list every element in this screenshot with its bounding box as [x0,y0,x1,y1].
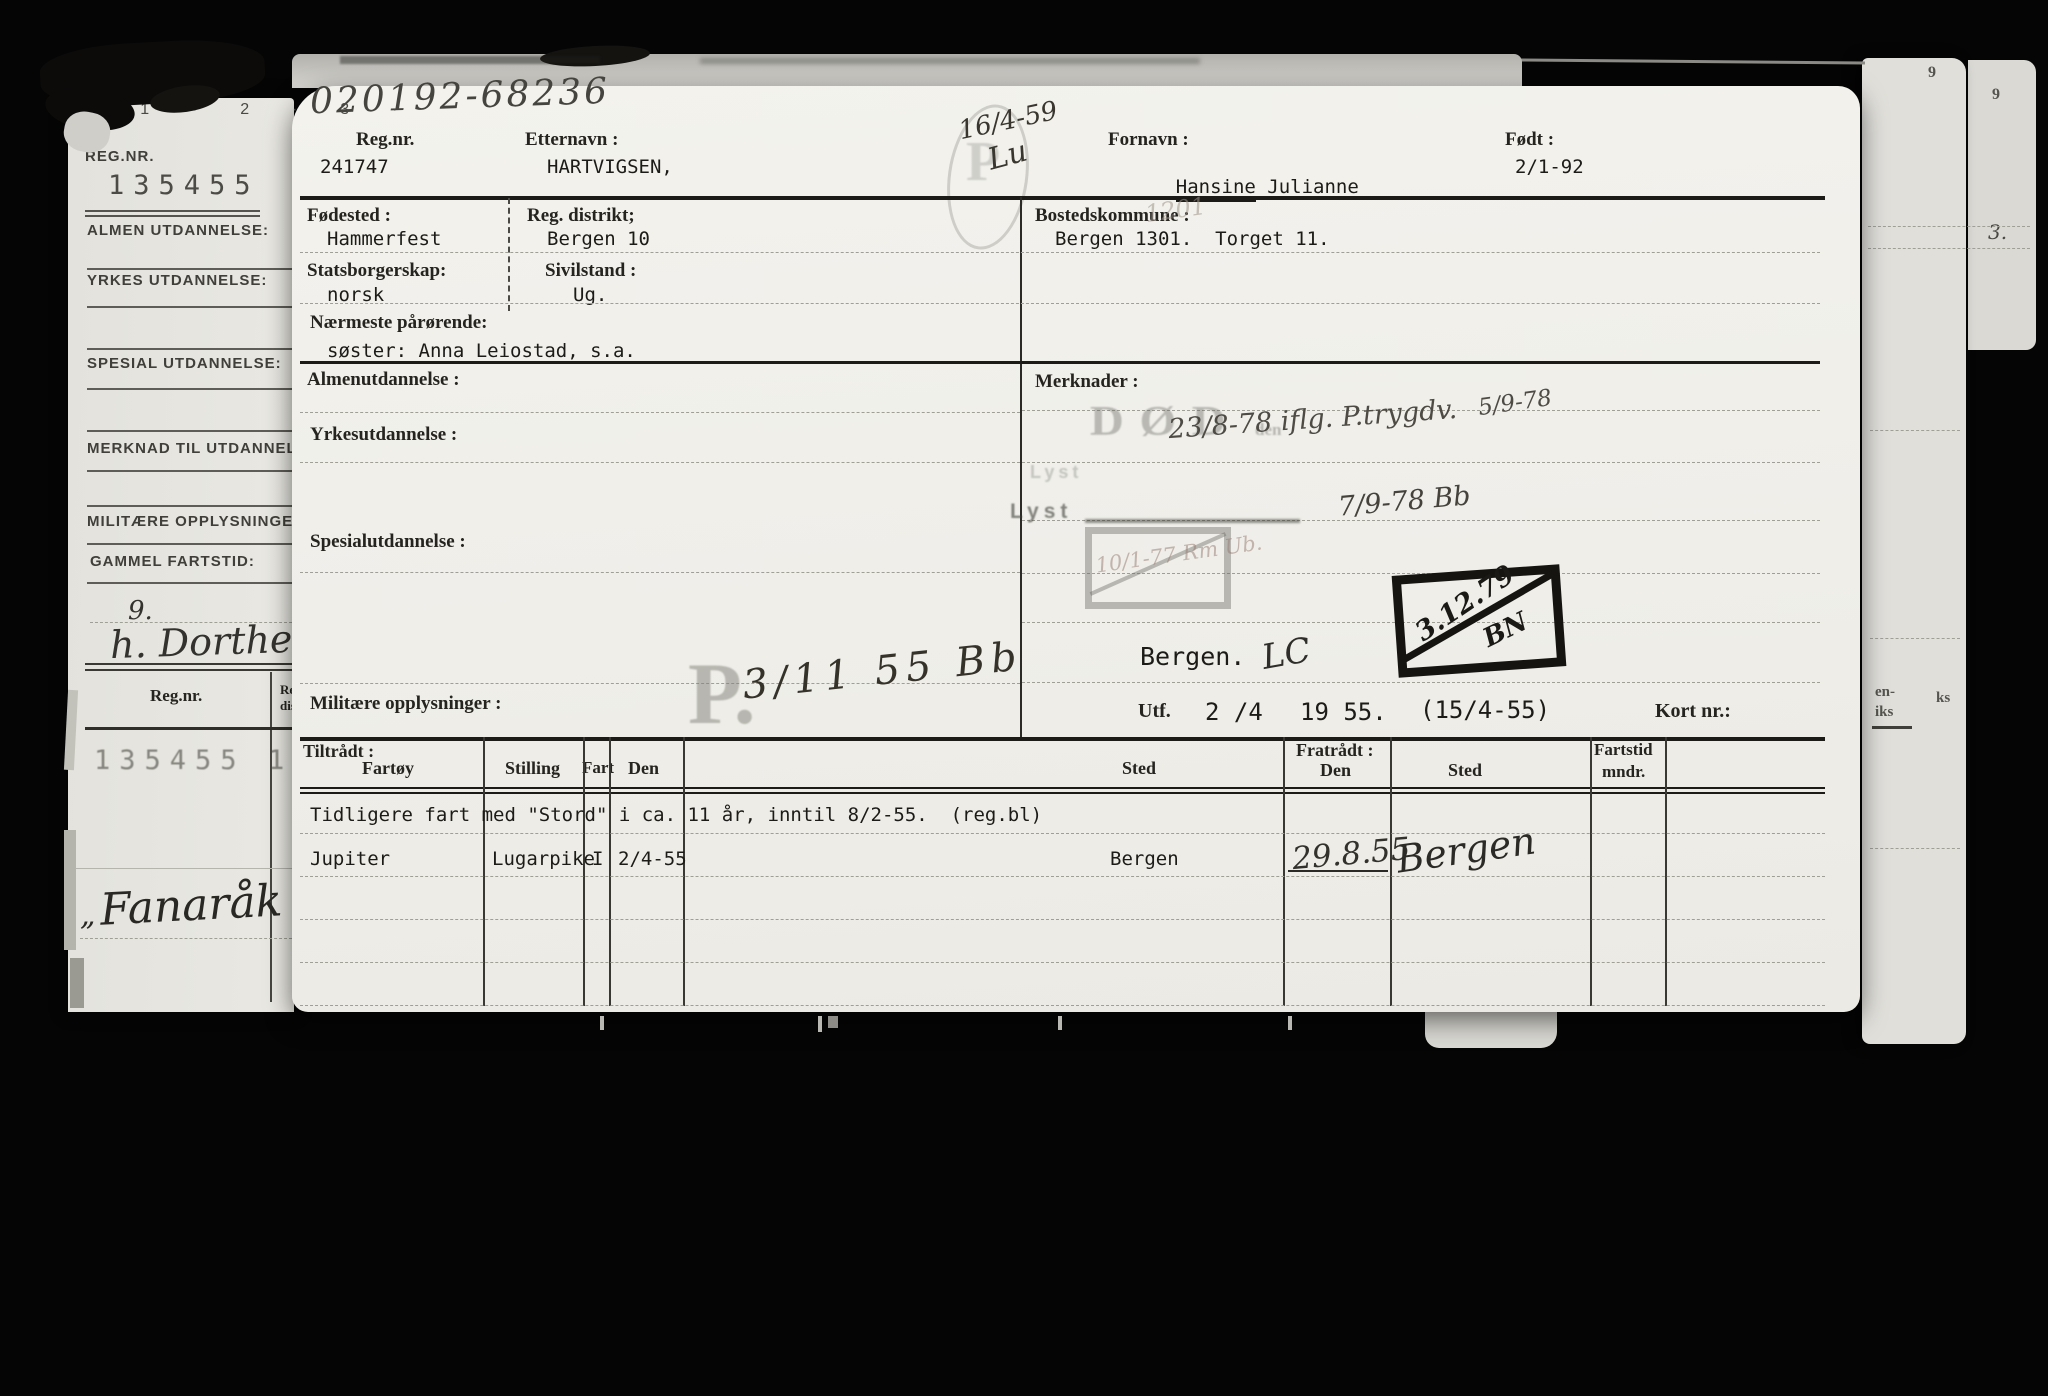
reg-nr-stamped-faded: 135455 [94,745,246,776]
header-rule [300,787,1825,789]
header-den-2: Den [1320,760,1351,781]
field-label: MILITÆRE OPPLYSNINGER: [87,513,311,530]
lyst-stamp-faint: Lyst [1030,462,1082,483]
header-fartoy: Fartøy [362,758,414,779]
card-edge-strip-far [1968,60,2036,350]
utf-year: 19 55. [1300,698,1387,726]
rule-line [87,306,292,308]
rule-line [87,268,292,270]
fodt-label: Født : [1505,129,1554,151]
section-rule [300,196,1825,200]
rule-line [300,412,1020,413]
merknader-label: Merknader : [1035,371,1139,393]
rule-line [87,348,292,350]
column-line [683,737,685,1006]
cell-stilling: Lugarpike [492,848,595,870]
edge-blotch [70,958,84,1008]
bottom-tick [600,1016,604,1030]
header-fartstid: Fartstid [1594,740,1653,760]
header-stilling: Stilling [505,758,560,779]
page-number-fragment: 9 [1928,64,1936,82]
text-fragment: iks [1875,704,1893,721]
header-rule [300,792,1825,794]
fodested-label: Fødested : [307,205,391,227]
cell-fart: I [592,848,603,870]
rule-line [85,215,260,217]
rule-line [1022,682,1820,683]
parorende-value: søster: Anna Leiostad, s.a. [327,340,636,362]
rule-line [1870,638,1960,639]
bergen-typed: Bergen. [1140,642,1245,671]
smudge [700,58,1200,64]
header-mndr: mndr. [1602,762,1645,782]
page-number-fragment: 9 [1992,86,2000,104]
rule-line [85,663,292,665]
cell-fartoy: Jupiter [310,848,390,870]
rule-line [87,505,292,507]
rule-line [300,572,1020,573]
field-label: ALMEN UTDANNELSE: [87,222,269,239]
rule-line [300,462,1020,463]
spesial-label: Spesialutdannelse : [310,531,466,553]
handwriting-fragment: 3. [1988,220,2007,244]
row-line [300,1005,1825,1006]
column-line [1390,737,1392,1006]
utf-day: 2 /4 [1205,698,1263,726]
header-sted: Sted [1122,758,1156,779]
lyst-stamp: Lyst [1010,500,1072,524]
header-den: Den [628,758,659,779]
scanned-register-card-page: 9 9 3. en- iks ks REG.NR. 135455 ALMEN U… [0,0,2048,1396]
reg-nr-stamped: 135455 [108,170,260,201]
field-label: MERKNAD TIL UTDANNELSE [87,440,319,457]
rule-line [1868,226,2030,227]
hw-underline [1288,870,1388,872]
rule-line [300,252,1820,253]
reg-distrikt-label: Reg. distrikt; [527,205,635,227]
column-line [1283,737,1285,1006]
section-rule [300,361,1820,364]
rule-line [300,303,1820,304]
rule-line [1870,430,1960,431]
sivilstand-label: Sivilstand : [545,260,636,282]
rule-line [1022,462,1820,463]
rule-line [87,543,292,545]
etternavn-value: HARTVIGSEN, [547,156,673,178]
kort-nr-label: Kort nr.: [1655,700,1731,723]
almen-label: Almenutdannelse : [307,369,460,391]
fodt-value: 2/1-92 [1515,156,1584,178]
row-line [300,833,1825,834]
bottom-tick [1058,1016,1062,1030]
text-fragment: ks [1936,690,1950,707]
table-header-reg-nr: Reg.nr. [150,686,202,706]
crease-line [75,868,292,869]
bostedskommune-value: Bergen 1301. Torget 11. [1055,228,1330,250]
field-label: YRKES UTDANNELSE: [87,272,267,289]
bottom-tick [1288,1016,1292,1030]
rule-line [1870,848,1960,849]
fodested-value: Hammerfest [327,228,441,250]
reg-nr-label: Reg.nr. [356,129,414,151]
cell-den: 2/4-55 [618,848,687,870]
rule-line [80,938,292,939]
text-fragment: en- [1875,684,1895,701]
column-line [270,672,272,1002]
row-line [300,876,1825,877]
column-line [609,737,611,1006]
yrkes-label: Yrkesutdannelse : [310,424,457,446]
bottom-tick [828,1016,838,1028]
reg-nr-value: 241747 [320,156,389,178]
top-edge-line [1520,58,1865,64]
statsborgerskap-label: Statsborgerskap: [307,260,446,282]
cell-sted: Bergen [1110,848,1179,870]
rule-line [1868,248,2030,249]
rule-line [85,210,260,212]
rule-line [87,388,292,390]
column-line [1590,737,1592,1006]
reg-distrikt-value: Bergen 10 [547,228,650,250]
handwritten-name: h. Dorthe [109,617,293,667]
cancelled-box-stamp-dark: 3.12.79 BN [1392,564,1567,677]
rule-line [85,669,292,671]
fornavn-rest: Julianne [1256,176,1359,198]
edge-blotch [64,830,76,950]
quote-mark: „ [80,898,96,933]
stamp-streak [1085,519,1300,523]
utf-paren-date: (15/4-55) [1420,696,1550,724]
fratradt-label: Fratrådt : [1296,740,1373,761]
header-sted-2: Sted [1448,760,1482,781]
row-line [300,919,1825,920]
column-line [1665,737,1667,1006]
utf-label: Utf. [1138,700,1171,723]
column-line [508,198,510,311]
bottom-tick [818,1016,822,1032]
column-line [583,737,585,1006]
row-line [300,962,1825,963]
rule-line [87,470,292,472]
rule-line [87,430,292,432]
card-edge-strip [1862,58,1966,1044]
handwritten-ship-name: Fanaråk [99,875,284,935]
rule-line [85,727,292,730]
table-row-text: Tidligere fart med "Stord" i ca. 11 år, … [310,804,1042,826]
field-label: SPESIAL UTDANNELSE: [87,355,282,372]
smudge [340,56,600,64]
bergen-signature: LC [1259,630,1314,678]
edge-dash [1872,726,1912,729]
militare-label: Militære opplysninger : [310,693,501,715]
etternavn-label: Etternavn : [525,129,618,151]
parorende-label: Nærmeste pårørende: [310,312,487,334]
column-line [483,737,485,1006]
field-label: GAMMEL FARTSTID: [90,553,255,570]
fornavn-label: Fornavn : [1108,129,1189,151]
rule-line [87,582,292,584]
